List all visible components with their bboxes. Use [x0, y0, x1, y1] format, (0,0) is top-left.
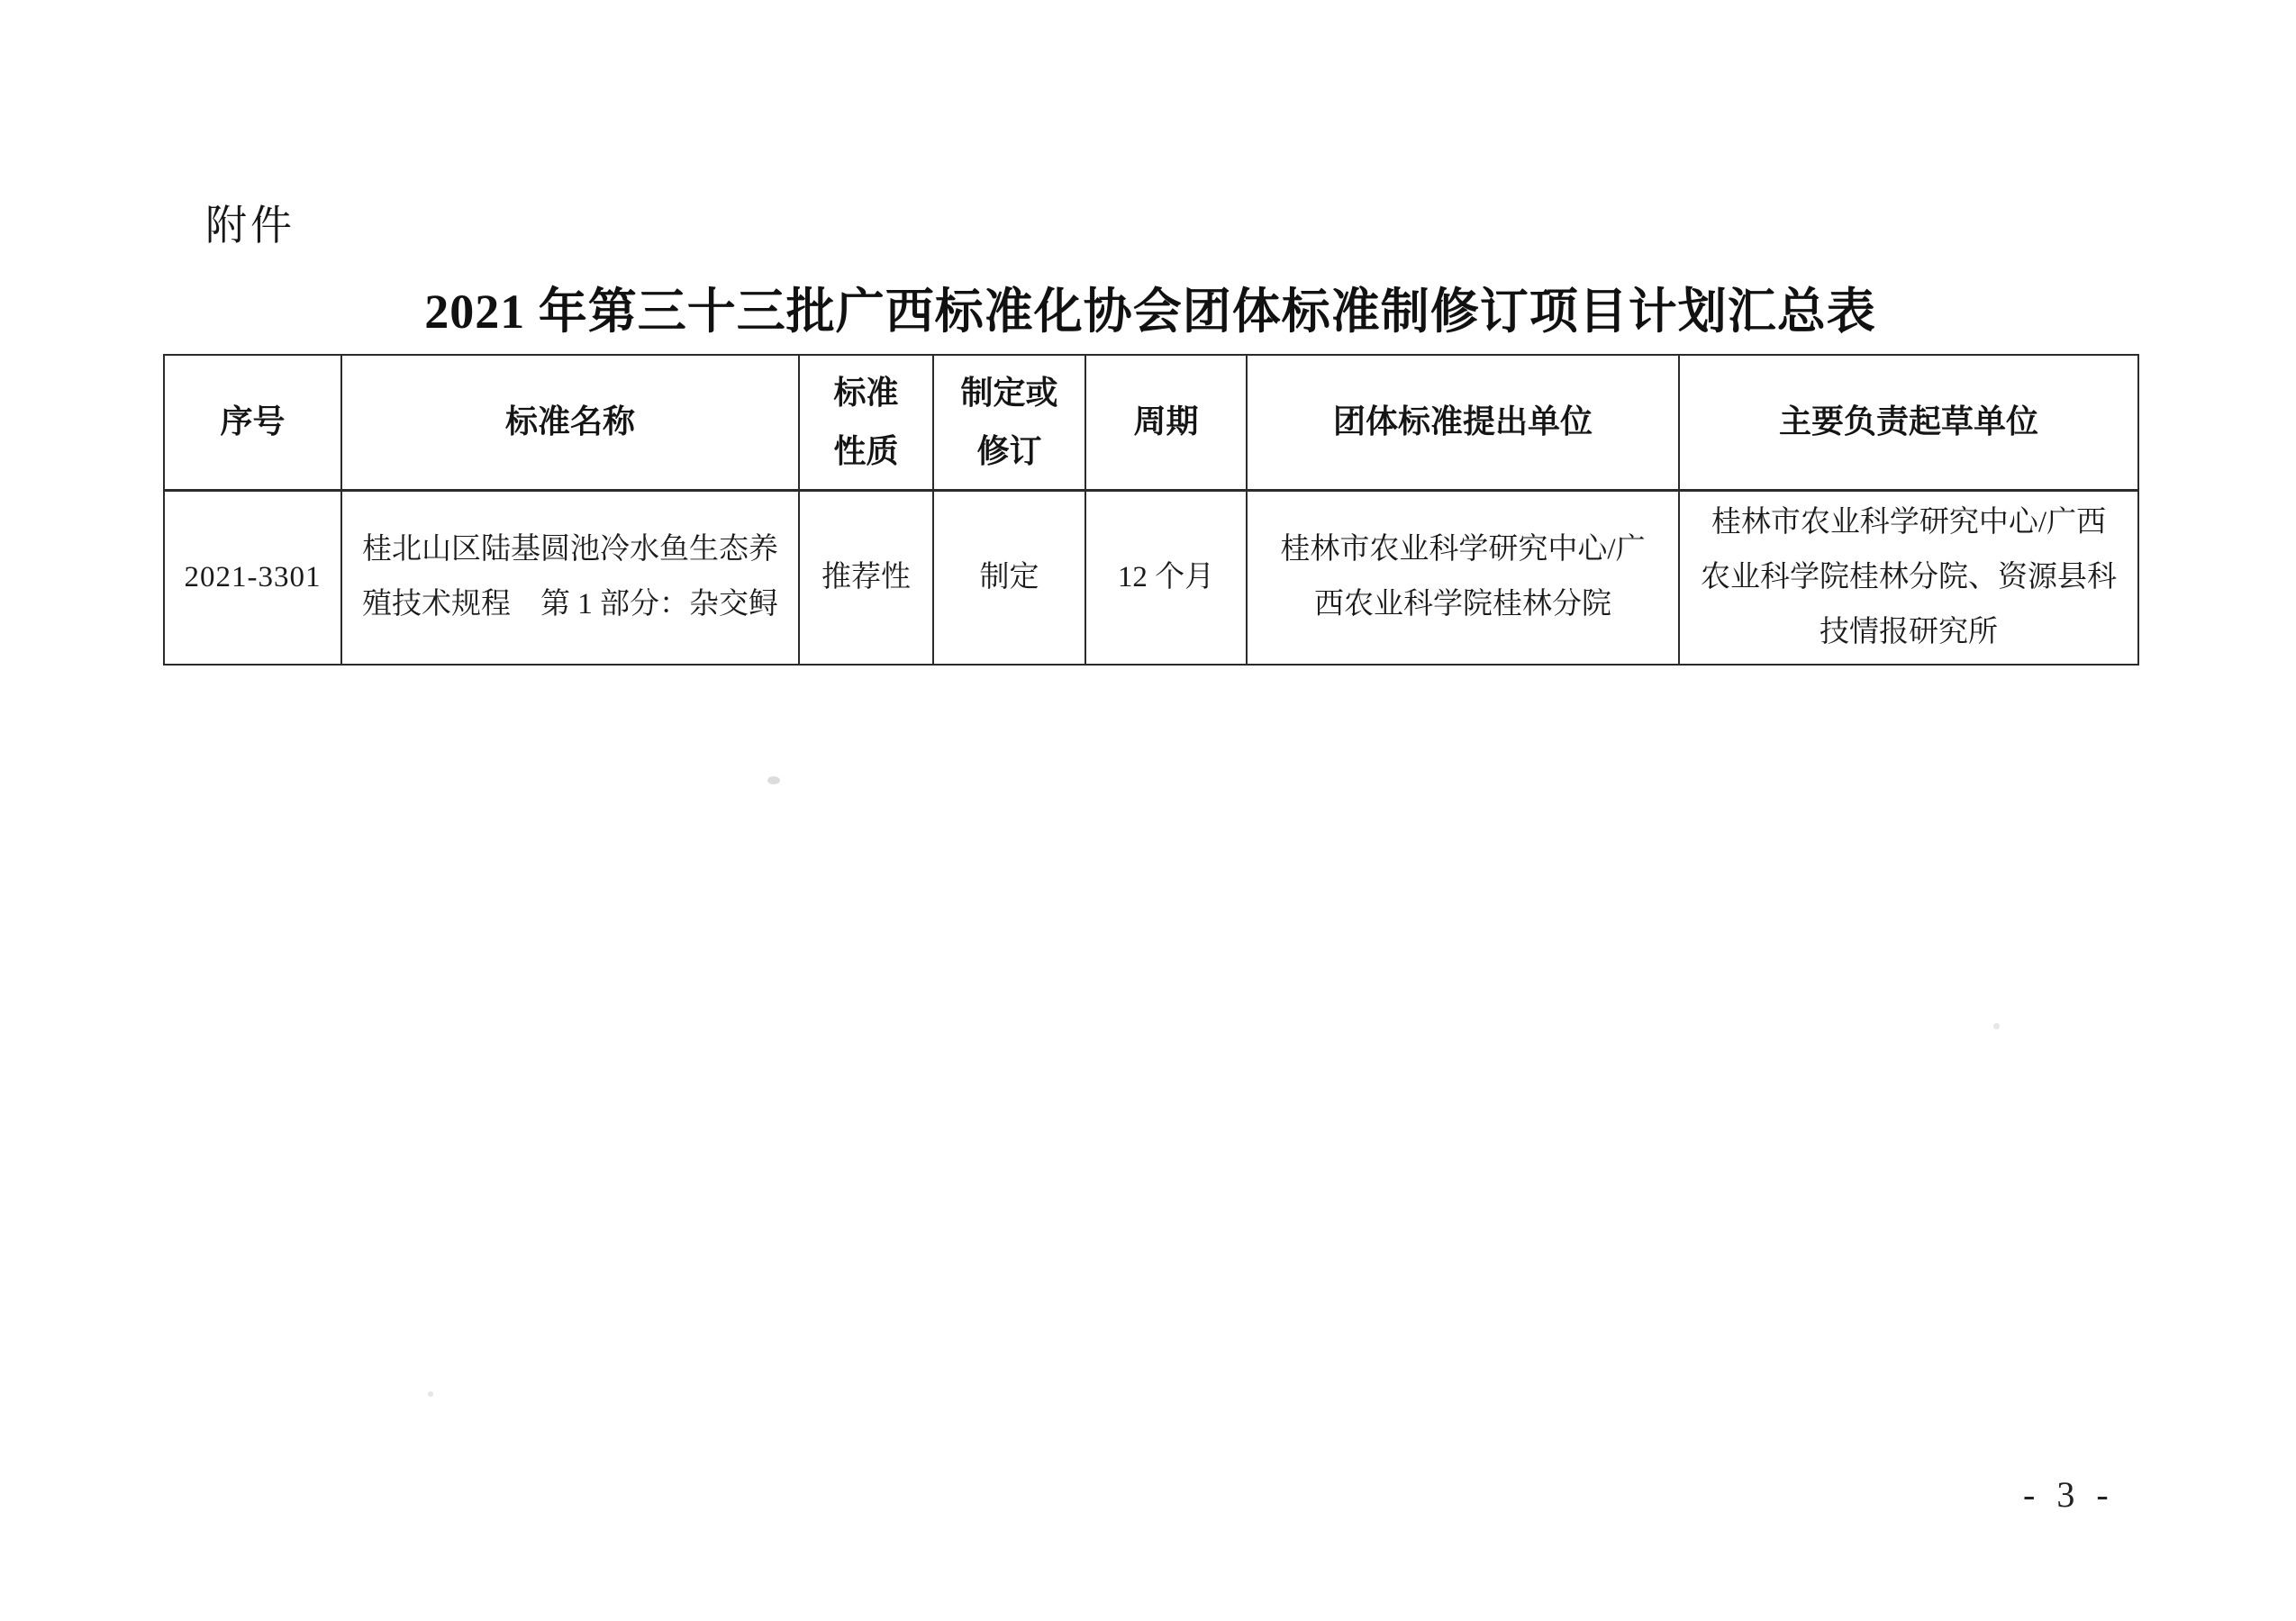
header-cell-standard-name: 标准名称 [341, 355, 799, 490]
document-title: 2021 年第三十三批广西标准化协会团体标准制修订项目计划汇总表 [163, 273, 2137, 342]
cell-nature: 推荐性 [799, 490, 933, 665]
cell-drafting-unit: 桂林市农业科学研究中心/广西 农业科学院桂林分院、资源县科 技情报研究所 [1679, 490, 2138, 665]
scan-speck [1993, 1023, 2000, 1029]
cell-proposing-unit: 桂林市农业科学研究中心/广 西农业科学院桂林分院 [1247, 490, 1679, 665]
header-cell-drafting-unit: 主要负责起草单位 [1679, 355, 2138, 490]
attachment-label: 附件 [205, 193, 295, 252]
cell-standard-name: 桂北山区陆基圆池冷水鱼生态养 殖技术规程 第 1 部分：杂交鲟 [341, 490, 799, 665]
table-row: 2021-3301 桂北山区陆基圆池冷水鱼生态养 殖技术规程 第 1 部分：杂交… [164, 490, 2138, 665]
cell-action: 制定 [933, 490, 1085, 665]
header-cell-serial: 序号 [164, 355, 341, 490]
header-cell-action: 制定或 修订 [933, 355, 1085, 490]
scanned-document-page: { "page": { "attachment_label": "附件", "t… [0, 0, 2296, 1621]
header-cell-nature: 标准 性质 [799, 355, 933, 490]
cell-period: 12 个月 [1085, 490, 1247, 665]
table-header-row: 序号 标准名称 标准 性质 制定或 修订 周期 团体标准提出单位 主要负责起草单… [164, 355, 2138, 490]
scan-speck [767, 776, 780, 784]
header-cell-period: 周期 [1085, 355, 1247, 490]
header-cell-proposing-unit: 团体标准提出单位 [1247, 355, 1679, 490]
cell-serial: 2021-3301 [164, 490, 341, 665]
standards-summary-table: 序号 标准名称 标准 性质 制定或 修订 周期 团体标准提出单位 主要负责起草单… [163, 354, 2139, 666]
scan-speck [428, 1391, 433, 1397]
page-number: - 3 - [2023, 1473, 2115, 1516]
